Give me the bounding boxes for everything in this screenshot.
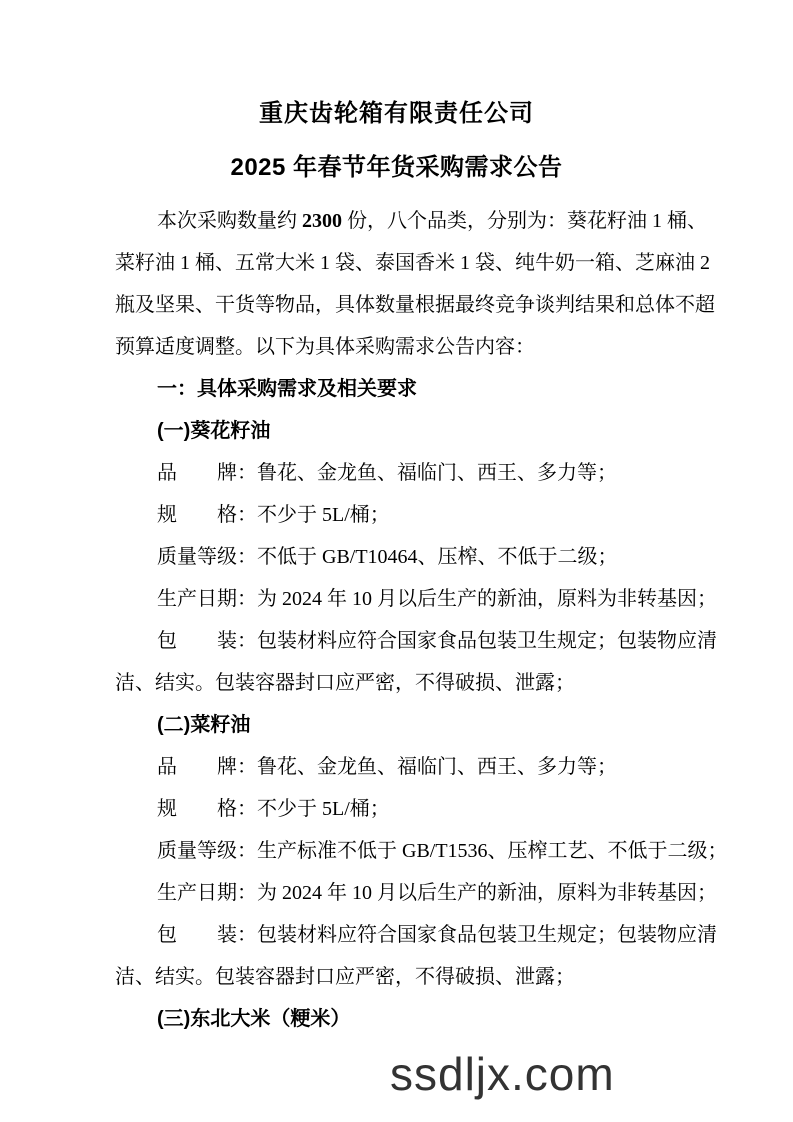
- text-segment: (二)菜籽油: [157, 714, 250, 736]
- intro-line: 瓶及坚果、干货等物品，具体数量根据最终竞争谈判结果和总体不超: [115, 284, 680, 326]
- spec-line-date: 生产日期：为 2024 年 10 月以后生产的新油，原料为非转基因；: [115, 872, 680, 914]
- text-segment: 洁、结实。包装容器封口应严密，不得破损、泄露；: [115, 672, 575, 694]
- spec-line-date: 生产日期：为 2024 年 10 月以后生产的新油，原料为非转基因；: [115, 578, 680, 620]
- text-segment: 份，八个品类，分别为：葵花籽油 1 桶、: [342, 210, 707, 232]
- document-body: 本次采购数量约 2300 份，八个品类，分别为：葵花籽油 1 桶、菜籽油 1 桶…: [115, 200, 680, 1040]
- spec-line-size: 规 格：不少于 5L/桶；: [115, 788, 680, 830]
- text-segment: 品 牌：鲁花、金龙鱼、福临门、西王、多力等；: [157, 462, 617, 484]
- text-segment: 菜籽油 1 桶、五常大米 1 袋、泰国香米 1 袋、纯牛奶一箱、芝麻油 2: [115, 252, 710, 274]
- text-segment: 质量等级：生产标准不低于 GB/T1536、压榨工艺、不低于二级；: [157, 840, 728, 862]
- text-segment: (三)东北大米（粳米）: [157, 1008, 350, 1030]
- spec-line-grade: 质量等级：生产标准不低于 GB/T1536、压榨工艺、不低于二级；: [115, 830, 680, 872]
- text-segment: 规 格：不少于 5L/桶；: [157, 504, 390, 526]
- text-segment: 一：具体采购需求及相关要求: [157, 378, 417, 400]
- text-segment: 生产日期：为 2024 年 10 月以后生产的新油，原料为非转基因；: [157, 882, 717, 904]
- spec-line-grade: 质量等级：不低于 GB/T10464、压榨、不低于二级；: [115, 536, 680, 578]
- document-title: 重庆齿轮箱有限责任公司: [0, 100, 793, 128]
- spec-line-size: 规 格：不少于 5L/桶；: [115, 494, 680, 536]
- spec-line-packaging: 包 装：包装材料应符合国家食品包装卫生规定；包装物应清: [115, 914, 680, 956]
- document-subtitle: 2025 年春节年货采购需求公告: [0, 154, 793, 182]
- spec-line-brand: 品 牌：鲁花、金龙鱼、福临门、西王、多力等；: [115, 452, 680, 494]
- spec-line-packaging: 包 装：包装材料应符合国家食品包装卫生规定；包装物应清: [115, 620, 680, 662]
- text-segment: 规 格：不少于 5L/桶；: [157, 798, 390, 820]
- intro-line: 菜籽油 1 桶、五常大米 1 袋、泰国香米 1 袋、纯牛奶一箱、芝麻油 2: [115, 242, 680, 284]
- item-heading-rapeseed-oil: (二)菜籽油: [115, 704, 680, 746]
- text-segment: (一)葵花籽油: [157, 420, 270, 442]
- item-heading-sunflower-oil: (一)葵花籽油: [115, 410, 680, 452]
- document-page: 重庆齿轮箱有限责任公司 2025 年春节年货采购需求公告 本次采购数量约 230…: [0, 0, 793, 1122]
- text-segment: 包 装：包装材料应符合国家食品包装卫生规定；包装物应清: [157, 924, 717, 946]
- text-segment: 预算适度调整。以下为具体采购需求公告内容：: [115, 336, 535, 358]
- text-segment: 2300: [302, 210, 342, 232]
- section-heading: 一：具体采购需求及相关要求: [115, 368, 680, 410]
- text-segment: 瓶及坚果、干货等物品，具体数量根据最终竞争谈判结果和总体不超: [115, 294, 715, 316]
- intro-line: 本次采购数量约 2300 份，八个品类，分别为：葵花籽油 1 桶、: [115, 200, 680, 242]
- spec-line-packaging-cont: 洁、结实。包装容器封口应严密，不得破损、泄露；: [115, 956, 680, 998]
- text-segment: 品 牌：鲁花、金龙鱼、福临门、西王、多力等；: [157, 756, 617, 778]
- text-segment: 本次采购数量约: [157, 210, 302, 232]
- text-segment: 生产日期：为 2024 年 10 月以后生产的新油，原料为非转基因；: [157, 588, 717, 610]
- intro-line: 预算适度调整。以下为具体采购需求公告内容：: [115, 326, 680, 368]
- text-segment: 包 装：包装材料应符合国家食品包装卫生规定；包装物应清: [157, 630, 717, 652]
- watermark-text: ssdljx.com: [390, 1048, 615, 1100]
- text-segment: 质量等级：不低于 GB/T10464、压榨、不低于二级；: [157, 546, 618, 568]
- spec-line-brand: 品 牌：鲁花、金龙鱼、福临门、西王、多力等；: [115, 746, 680, 788]
- text-segment: 洁、结实。包装容器封口应严密，不得破损、泄露；: [115, 966, 575, 988]
- item-heading-northeast-rice: (三)东北大米（粳米）: [115, 998, 680, 1040]
- spec-line-packaging-cont: 洁、结实。包装容器封口应严密，不得破损、泄露；: [115, 662, 680, 704]
